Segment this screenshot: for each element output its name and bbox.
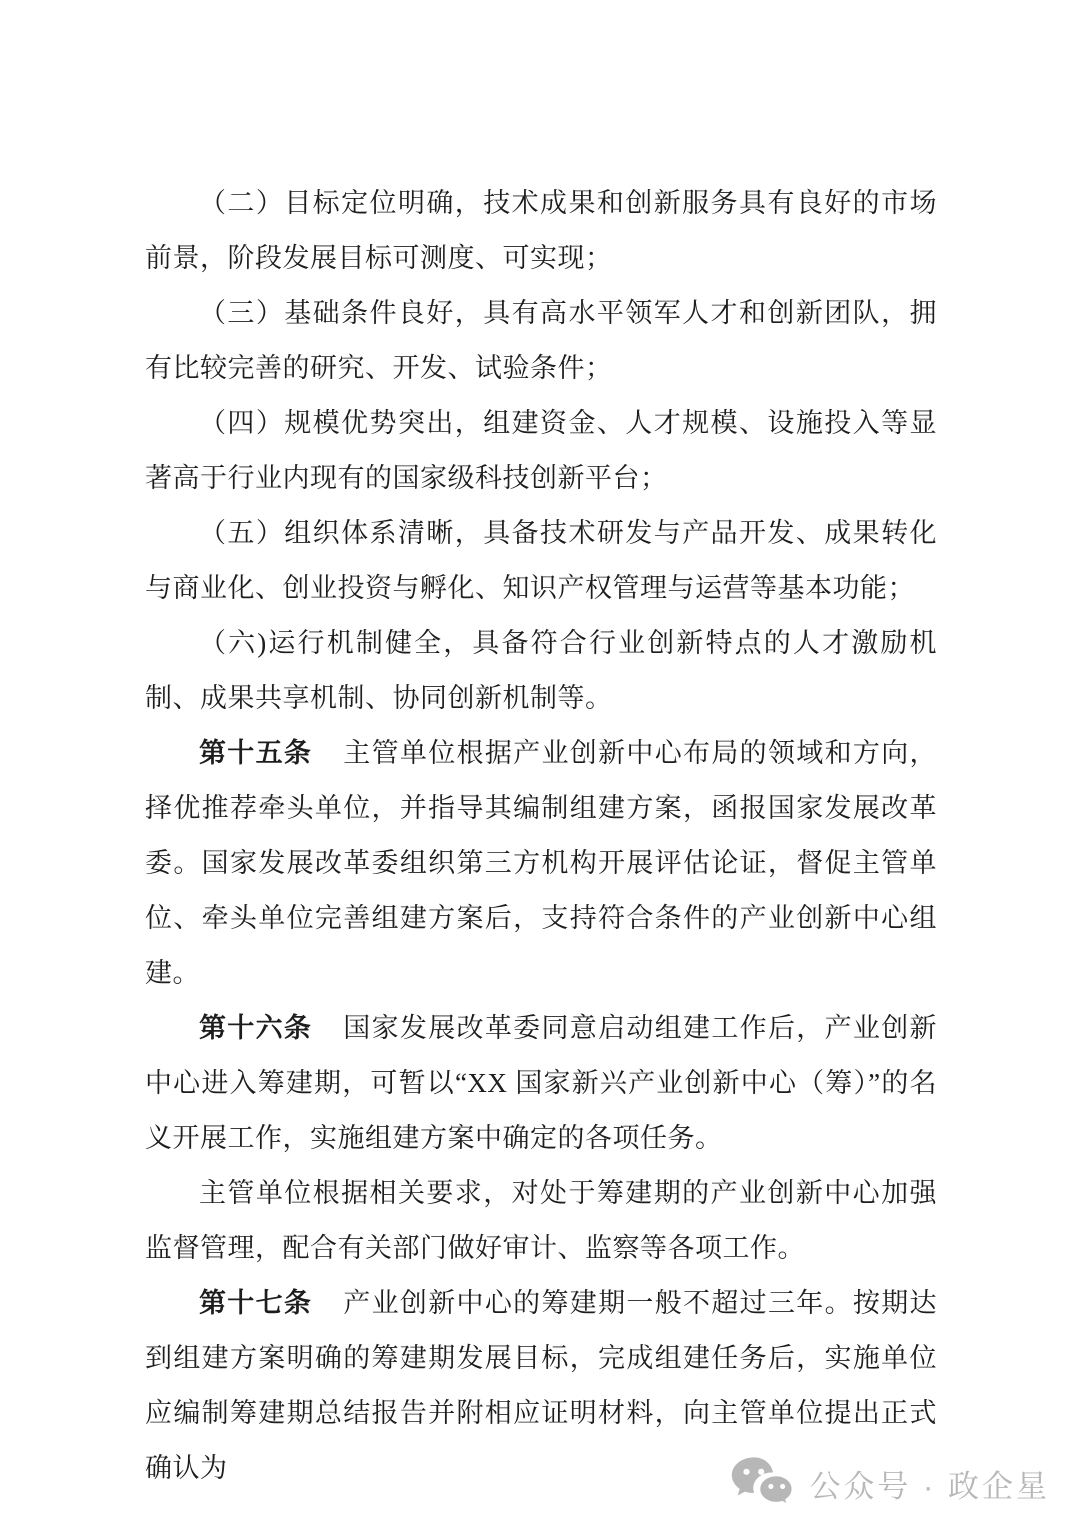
article-16: 第十六条国家发展改革委同意启动组建工作后，产业创新中心进入筹建期，可暂以“XX … [145,1001,937,1166]
paragraph-text: 主管单位根据相关要求，对处于筹建期的产业创新中心加强监督管理，配合有关部门做好审… [145,1178,937,1263]
clause-item-5: （五）组织体系清晰，具备技术研发与产品开发、成果转化与商业化、创业投资与孵化、知… [145,506,937,616]
watermark-label: 公众号 · 政企星 [809,1461,1050,1506]
article-number: 第十七条 [199,1288,312,1318]
paragraph-text: 主管单位根据产业创新中心布局的领域和方向，择优推荐牵头单位，并指导其编制组建方案… [145,738,937,988]
paragraph-text: （二）目标定位明确，技术成果和创新服务具有良好的市场前景，阶段发展目标可测度、可… [145,188,937,273]
article-number: 第十五条 [199,738,312,768]
clause-item-2: （二）目标定位明确，技术成果和创新服务具有良好的市场前景，阶段发展目标可测度、可… [145,176,937,286]
clause-item-3: （三）基础条件良好，具有高水平领军人才和创新团队，拥有比较完善的研究、开发、试验… [145,286,937,396]
watermark: 公众号 · 政企星 [730,1455,1050,1511]
clause-item-6: （六)运行机制健全，具备符合行业创新特点的人才激励机制、成果共享机制、协同创新机… [145,616,937,726]
article-number: 第十六条 [199,1013,312,1043]
document-body: （二）目标定位明确，技术成果和创新服务具有良好的市场前景，阶段发展目标可测度、可… [145,176,937,1496]
paragraph-text: （五）组织体系清晰，具备技术研发与产品开发、成果转化与商业化、创业投资与孵化、知… [145,518,937,603]
article-16-paragraph-2: 主管单位根据相关要求，对处于筹建期的产业创新中心加强监督管理，配合有关部门做好审… [145,1166,937,1276]
paragraph-text: （六)运行机制健全，具备符合行业创新特点的人才激励机制、成果共享机制、协同创新机… [145,628,937,713]
clause-item-4: （四）规模优势突出，组建资金、人才规模、设施投入等显著高于行业内现有的国家级科技… [145,396,937,506]
article-15: 第十五条主管单位根据产业创新中心布局的领域和方向，择优推荐牵头单位，并指导其编制… [145,726,937,1001]
paragraph-text: （四）规模优势突出，组建资金、人才规模、设施投入等显著高于行业内现有的国家级科技… [145,408,937,493]
wechat-icon [730,1455,796,1511]
document-page: （二）目标定位明确，技术成果和创新服务具有良好的市场前景，阶段发展目标可测度、可… [0,0,1080,1527]
paragraph-text: （三）基础条件良好，具有高水平领军人才和创新团队，拥有比较完善的研究、开发、试验… [145,298,937,383]
